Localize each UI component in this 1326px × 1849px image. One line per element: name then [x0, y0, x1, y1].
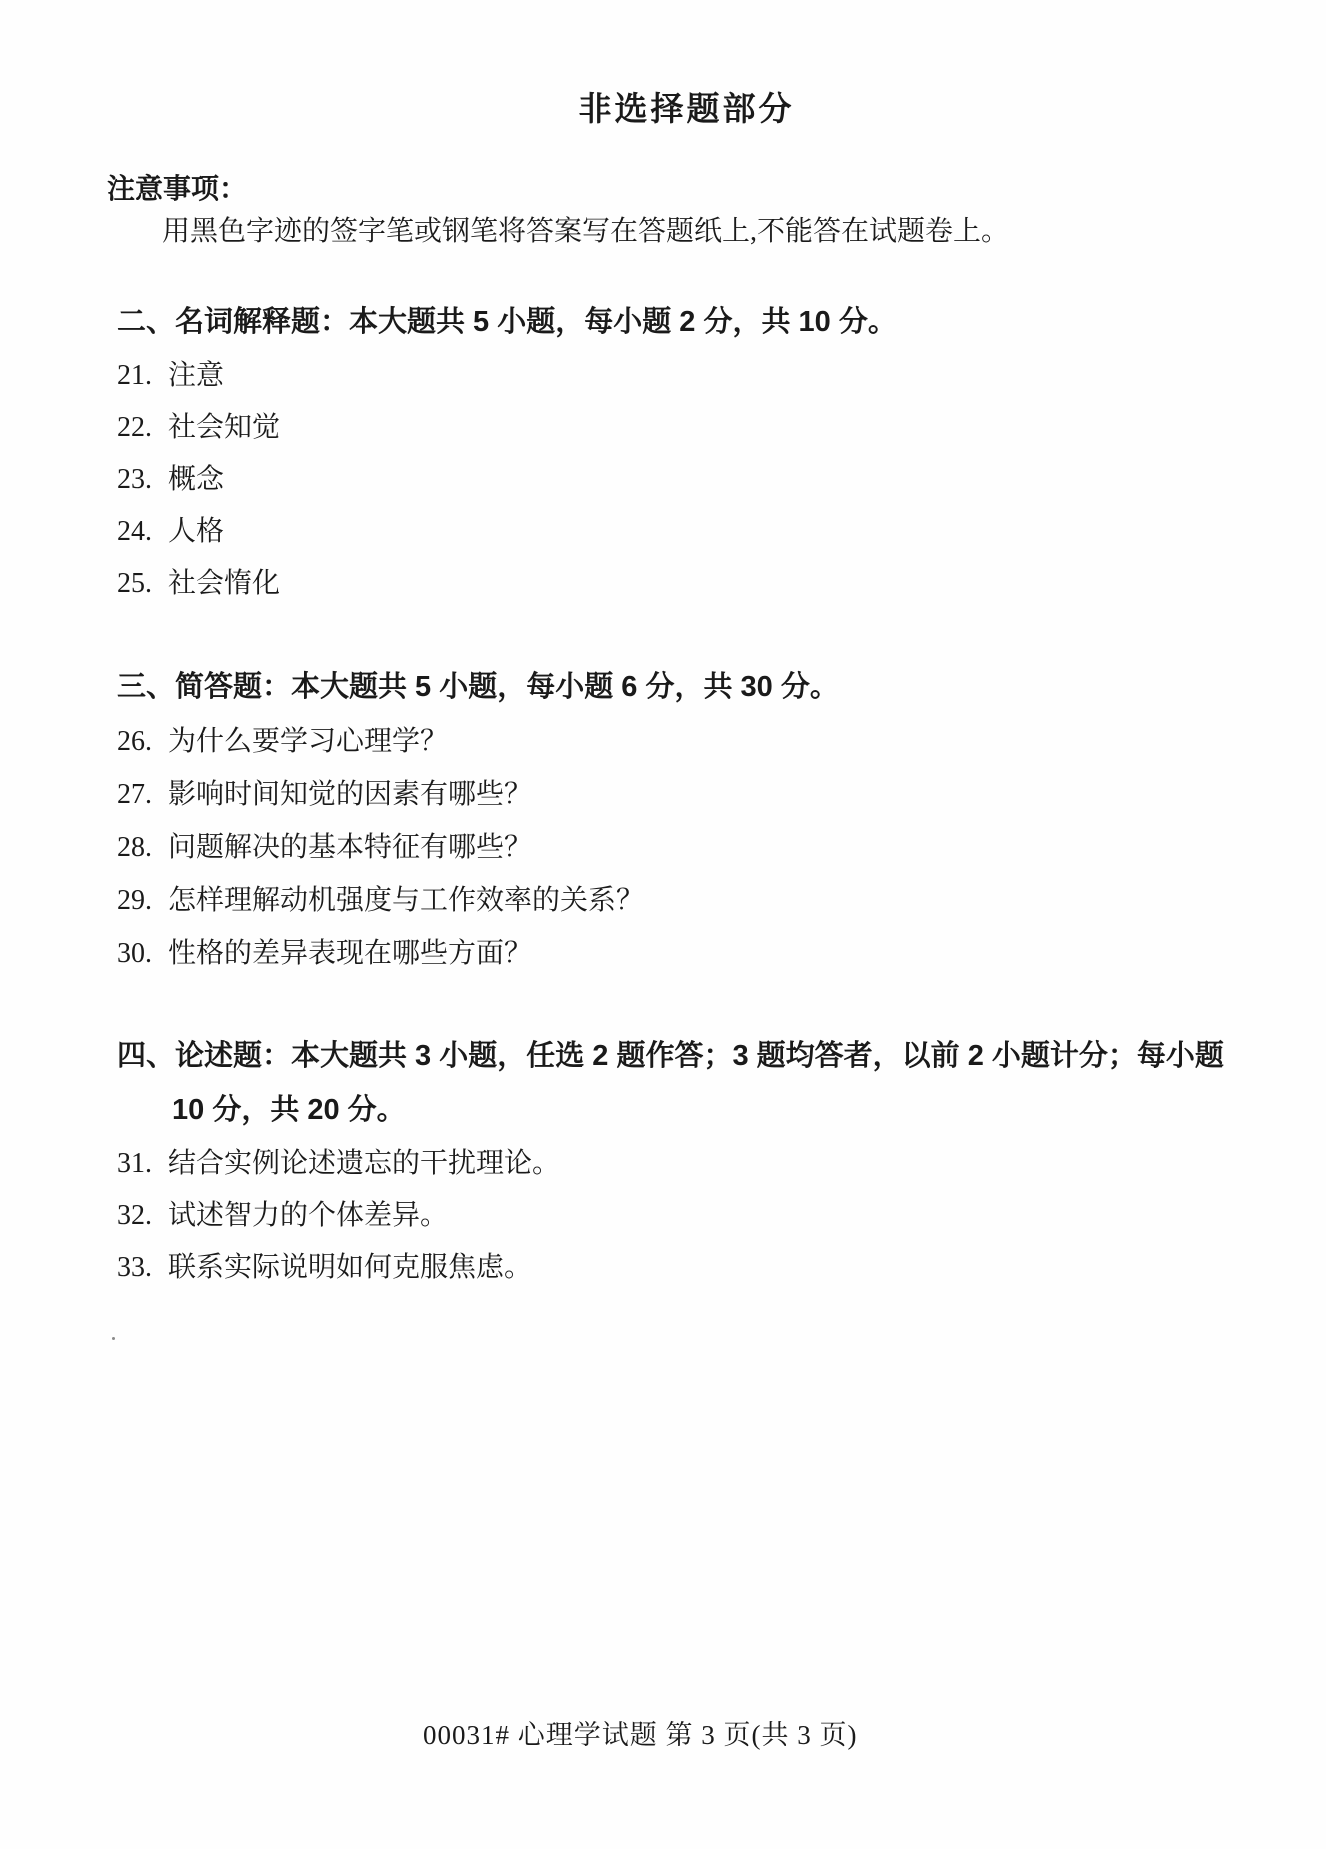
section-heading: 三、简答题：本大题共 5 小题，每小题 6 分，共 30 分。	[117, 670, 1266, 704]
question-text: 社会惰化	[168, 568, 280, 599]
question-item: 22.社会知觉	[117, 412, 1266, 443]
question-item: 21.注意	[117, 360, 1266, 391]
question-number: 29.	[117, 885, 168, 916]
section-heading-line: 三、简答题：本大题共 5 小题，每小题 6 分，共 30 分。	[117, 670, 1266, 704]
scan-artifact-dot	[112, 1337, 115, 1340]
question-text: 结合实例论述遗忘的干扰理论。	[168, 1148, 560, 1179]
question-number: 25.	[117, 568, 168, 599]
notice-label: 注意事项：	[107, 173, 1266, 205]
question-item: 32.试述智力的个体差异。	[117, 1200, 1266, 1231]
section-heading-line: 四、论述题：本大题共 3 小题，任选 2 题作答；3 题均答者，以前 2 小题计…	[117, 1039, 1266, 1073]
question-number: 33.	[117, 1252, 168, 1283]
page-footer: 00031# 心理学试题 第 3 页(共 3 页)	[423, 1720, 857, 1750]
question-item: 27.影响时间知觉的因素有哪些？	[117, 779, 1266, 810]
question-number: 26.	[117, 726, 168, 757]
question-text: 联系实际说明如何克服焦虑。	[168, 1252, 532, 1283]
question-item: 25.社会惰化	[117, 568, 1266, 599]
question-number: 27.	[117, 779, 168, 810]
question-number: 24.	[117, 516, 168, 547]
question-item: 33.联系实际说明如何克服焦虑。	[117, 1252, 1266, 1283]
section-short-answer: 三、简答题：本大题共 5 小题，每小题 6 分，共 30 分。 26.为什么要学…	[107, 670, 1266, 969]
question-text: 问题解决的基本特征有哪些？	[168, 832, 532, 863]
section-heading: 四、论述题：本大题共 3 小题，任选 2 题作答；3 题均答者，以前 2 小题计…	[117, 1039, 1266, 1127]
question-number: 23.	[117, 464, 168, 495]
section-essay: 四、论述题：本大题共 3 小题，任选 2 题作答；3 题均答者，以前 2 小题计…	[107, 1039, 1266, 1283]
question-item: 28.问题解决的基本特征有哪些？	[117, 832, 1266, 863]
question-item: 31.结合实例论述遗忘的干扰理论。	[117, 1148, 1266, 1179]
question-text: 性格的差异表现在哪些方面？	[168, 938, 532, 969]
question-number: 31.	[117, 1148, 168, 1179]
question-text: 概念	[168, 464, 224, 495]
question-number: 28.	[117, 832, 168, 863]
question-item: 29.怎样理解动机强度与工作效率的关系？	[117, 885, 1266, 916]
question-number: 21.	[117, 360, 168, 391]
question-number: 22.	[117, 412, 168, 443]
notice-text: 用黑色字迹的签字笔或钢笔将答案写在答题纸上,不能答在试题卷上。	[162, 216, 1266, 248]
question-item: 26.为什么要学习心理学？	[117, 726, 1266, 757]
section-heading-line: 10 分，共 20 分。	[117, 1093, 1266, 1127]
section-heading-line: 二、名词解释题：本大题共 5 小题，每小题 2 分，共 10 分。	[117, 305, 1266, 339]
question-number: 30.	[117, 938, 168, 969]
question-number: 32.	[117, 1200, 168, 1231]
question-text: 为什么要学习心理学？	[168, 726, 448, 757]
question-text: 注意	[168, 360, 224, 391]
question-text: 人格	[168, 516, 224, 547]
question-item: 30.性格的差异表现在哪些方面？	[117, 938, 1266, 969]
section-heading: 二、名词解释题：本大题共 5 小题，每小题 2 分，共 10 分。	[117, 305, 1266, 339]
page-title: 非选择题部分	[107, 0, 1266, 127]
question-text: 影响时间知觉的因素有哪些？	[168, 779, 532, 810]
question-text: 怎样理解动机强度与工作效率的关系？	[168, 885, 644, 916]
exam-page: 非选择题部分 注意事项： 用黑色字迹的签字笔或钢笔将答案写在答题纸上,不能答在试…	[0, 0, 1326, 1849]
section-term-explanation: 二、名词解释题：本大题共 5 小题，每小题 2 分，共 10 分。 21.注意 …	[107, 305, 1266, 599]
question-text: 社会知觉	[168, 412, 280, 443]
question-item: 24.人格	[117, 516, 1266, 547]
question-text: 试述智力的个体差异。	[168, 1200, 448, 1231]
question-item: 23.概念	[117, 464, 1266, 495]
